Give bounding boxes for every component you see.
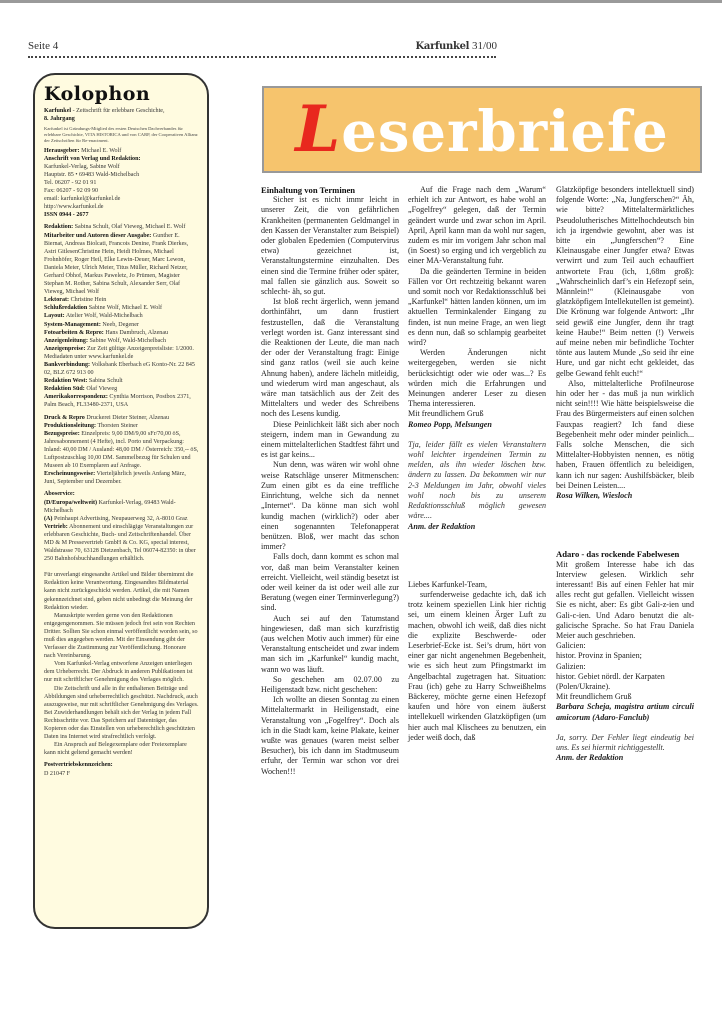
kolophon-entry: Amerikakorrespondenz: Cynthia Morrison, … (44, 393, 199, 409)
legal-paragraph: Für unverlangt eingesandte Artikel und B… (44, 571, 199, 611)
kolophon-entry: Aboservice: (44, 490, 199, 498)
letter3-paragraph: Mit großem Interesse habe ich das Interv… (556, 560, 694, 642)
kolophon-entry: Hauptstr. 85 • 69483 Wald-Michelbach (44, 171, 199, 179)
postvertrieb: Postvertriebskennzeichen: D 21047 F (44, 761, 199, 777)
issue-label: Karfunkel 31/00 (416, 40, 498, 52)
letter1-paragraph: Da die geänderten Termine in beiden Fäll… (408, 267, 546, 349)
letter2-salutation: Liebes Karfunkel-Team, (408, 580, 546, 590)
legal-paragraph: Die Zeitschrift und alle in ihr enthalte… (44, 685, 199, 742)
kolophon-entry: Anzeigenleitung: Sabine Wolf, Wald-Miche… (44, 337, 199, 345)
kolophon-entry: Lektorat: Christine Hein (44, 296, 199, 304)
letter3-definition: Galizien: (556, 662, 694, 672)
letter2-paragraph-continued: Glatzköpfige besonders intellektuell sin… (556, 185, 694, 379)
kolophon-entry: Produktionsleitung: Thorsten Steiner (44, 422, 199, 430)
kolophon-entry: Fotoarbeiten & Repro: Hans Dambruch, Alz… (44, 329, 199, 337)
issue-number: 31/00 (472, 40, 497, 52)
letter1-paragraph: Nun denn, was wären wir wohl ohne weise … (261, 460, 399, 552)
banner-rest: eserbriefe (341, 99, 669, 165)
print-block: Druck & Repro Druckerei Dieter Steiner, … (44, 414, 199, 487)
letter3-definition: histor. Gebiet nördl. der Karpaten (Pole… (556, 672, 694, 692)
kolophon-entry: (D/Europa/weltweit) Karfunkel-Verlag, 69… (44, 499, 199, 515)
header-dotted-rule (28, 56, 496, 58)
kolophon-entry: Erscheinungsweise: Vierteljährlich jewei… (44, 470, 199, 486)
letter2-paragraph: surfenderweise gedachte ich, daß ich tro… (408, 590, 546, 743)
letter1-paragraph: Sicher ist es nicht immr leicht in unser… (261, 195, 399, 297)
letter1-paragraph: So geschehen am 02.07.00 zu Heiligenstad… (261, 675, 399, 695)
kolophon-entry: Bezugspreise: Einzelpreis: 9,00 DM/9,00 … (44, 430, 199, 470)
banner-title: Leserbriefe (295, 92, 669, 167)
letter1-paragraph: Ich wollte an diesen Sonntag zu einen Mi… (261, 695, 399, 777)
kolophon-intro: Karfunkel - Zeitschrift für erlebbare Ge… (44, 107, 199, 123)
kolophon-entry: System-Management: Neeb, Degener (44, 321, 199, 329)
kolophon-entry: http://www.karfunkel.de (44, 203, 199, 211)
staff-block: Redaktion: Sabina Schult, Olaf Vieweg, M… (44, 223, 199, 409)
kolophon-entry: Fax: 06207 - 92 09 90 (44, 187, 199, 195)
kolophon-entry: Herausgeber: Michael E. Wolf (44, 147, 199, 155)
letter1-paragraph: Werden Änderungen nicht weitergegeben, w… (408, 348, 546, 409)
kolophon-entry: Anschrift von Verlag und Redaktion: (44, 155, 199, 163)
leserbriefe-banner: Leserbriefe (262, 86, 702, 173)
kolophon-entry: Bankverbindung: Volksbank Eberbach eG Ko… (44, 361, 199, 377)
page-number: Seite 4 (28, 40, 58, 52)
letter1-paragraph: Auf die Frage nach dem „Warum“ erhielt i… (408, 185, 546, 267)
letter2-signature: Rosa Wilken, Wiesloch (556, 491, 694, 501)
letter1-paragraph: Falls doch, dann kommt es schon mal vor,… (261, 552, 399, 613)
kolophon-entry: ISSN 0944 - 2677 (44, 211, 199, 219)
magazine-subtitle: - Zeitschrift für erlebbare Geschichte, (71, 108, 164, 114)
kolophon-entry: email: karfunkel@karfunkel.de (44, 195, 199, 203)
publisher-block: Herausgeber: Michael E. WolfAnschrift vo… (44, 147, 199, 220)
kolophon-entry: Vertrieb: Abonnement und einschlägige Ve… (44, 523, 199, 563)
letter1-closing: Mit freundlichem Gruß (408, 409, 546, 419)
kolophon-title: Kolophon (44, 83, 199, 105)
letter3-signature: Barbara Scheja, magistra artium circuli … (556, 702, 694, 722)
letter2-paragraph: Also, mittelalterliche Profilneurose hin… (556, 379, 694, 491)
legal-paragraph: Manuskripte werden gerne von den Redakti… (44, 612, 199, 661)
kolophon-entry: Redaktion West: Sabina Schult (44, 377, 199, 385)
letter3-definition: histor. Provinz in Spanien; (556, 651, 694, 661)
kolophon-entry: Tel. 06207 - 92 01 91 (44, 179, 199, 187)
legal-block: Für unverlangt eingesandte Artikel und B… (44, 571, 199, 757)
letter3-definition: Galicien: (556, 641, 694, 651)
postvertrieb-value: D 21047 F (44, 771, 70, 777)
kolophon-entry: Redaktion: Sabina Schult, Olaf Vieweg, M… (44, 223, 199, 231)
letter1-paragraph: Ist bloß recht ärgerlich, wenn jemand do… (261, 297, 399, 419)
kolophon-entry: Karfunkel-Verlag, Sabine Wolf (44, 163, 199, 171)
letter1-paragraph: Diese Peinlichkeit läßt sich aber noch s… (261, 420, 399, 461)
kolophon-entry: (A) Peinhaupt Advertising, Neupauerweg 3… (44, 515, 199, 523)
letter1-title: Einhaltung von Terminen (261, 185, 399, 195)
column-3: Glatzköpfige besonders intellektuell sin… (556, 185, 694, 763)
kolophon-entry: Druck & Repro Druckerei Dieter Steiner, … (44, 414, 199, 422)
scan-edge (0, 0, 722, 3)
letter1-editor-note: Tja, leider fällt es vielen Veranstalter… (408, 440, 546, 522)
kolophon-membership: Karfunkel ist Gründungs-Mitglied des ers… (44, 126, 199, 143)
banner-initial: L (295, 92, 341, 167)
kolophon-entry: Schlußredaktion Sabine Wolf, Michael E. … (44, 304, 199, 312)
letter1-editor-signature: Anm. der Redaktion (408, 522, 546, 532)
postvertrieb-label: Postvertriebskennzeichen: (44, 762, 113, 768)
column-2: Auf die Frage nach dem „Warum“ erhielt i… (408, 185, 546, 743)
subscription-block: Aboservice:(D/Europa/weltweit) Karfunkel… (44, 490, 199, 563)
magazine-name: Karfunkel (44, 108, 71, 114)
legal-paragraph: Vom Karfunkel-Verlag entworfene Anzeigen… (44, 660, 199, 684)
letter1-paragraph: Auch sei auf den Tatumstand hingewiesen,… (261, 614, 399, 675)
column-1: Einhaltung von Terminen Sicher ist es ni… (261, 185, 399, 777)
kolophon-box: Kolophon Karfunkel - Zeitschrift für erl… (33, 73, 209, 929)
kolophon-entry: Redaktion Süd: Olaf Vieweg (44, 385, 199, 393)
legal-paragraph: Ein Anspruch auf Belegexemplare oder Fre… (44, 741, 199, 757)
kolophon-entry: Anzeigenpreise: Zur Zeit gültige Anzeige… (44, 345, 199, 361)
magazine-year: 8. Jahrgang (44, 116, 75, 122)
brand-name: Karfunkel (416, 41, 470, 52)
letter3-editor-note: Ja, sorry. Der Fehler liegt eindeutig be… (556, 733, 694, 753)
letter1-signature: Romeo Popp, Melsungen (408, 420, 546, 430)
letter3-editor-signature: Anm. der Redaktion (556, 753, 694, 763)
letter3-title: Adaro - das rockende Fabelwesen (556, 549, 694, 559)
letter3-closing: Mit freundlichem Gruß (556, 692, 694, 702)
kolophon-entry: Mitarbeiter und Autoren dieser Ausgabe: … (44, 232, 199, 297)
kolophon-entry: Layout: Atelier Wolf, Wald-Michelbach (44, 312, 199, 320)
